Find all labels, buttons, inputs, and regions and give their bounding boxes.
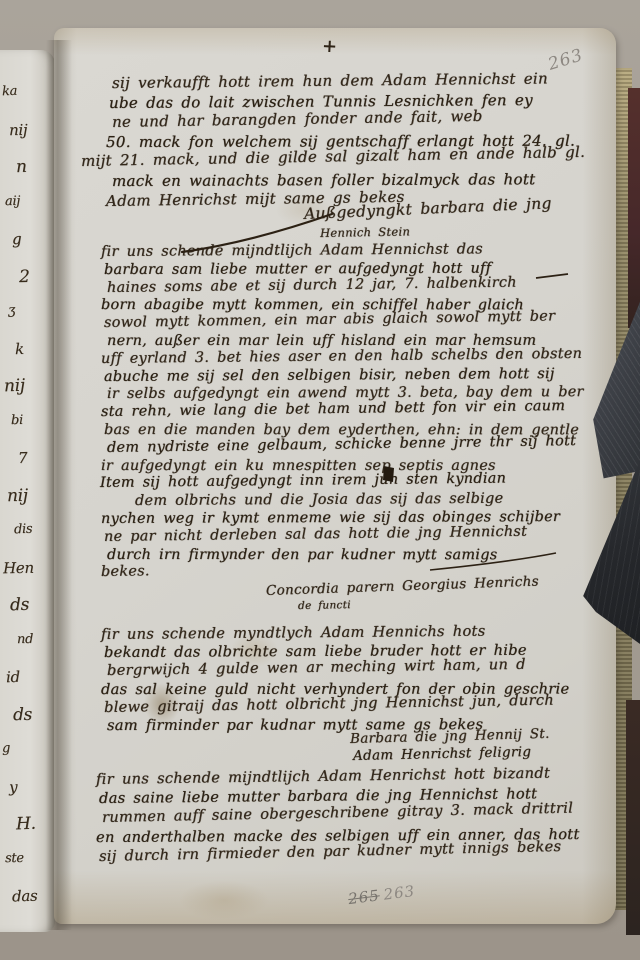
facing-page-text-fragment: 2: [19, 266, 30, 286]
manuscript-line: dem olbrichs und die Josia das sij das s…: [135, 490, 616, 511]
facing-page-text-fragment: Hen: [3, 558, 34, 577]
facing-page-text-fragment: aij: [5, 193, 20, 208]
facing-page-text-fragment: das: [12, 887, 38, 906]
page-gutter-shadow: [46, 40, 72, 930]
facing-page-text-fragment: g: [2, 741, 11, 756]
manuscript-line: fir uns schende myndtlych Adam Hennichs …: [101, 622, 570, 644]
text-block1: sij verkaufft hott irem hun dem Adam Hen…: [108, 74, 612, 211]
text-sig1: Concordia parern Georgius Henrichs: [268, 584, 541, 599]
manuscript-line: Hennich Stein: [320, 225, 410, 239]
facing-page-text-fragment: nij: [9, 120, 28, 138]
photo-background: kanijnaijg2ʒknijbi7nijdisHendsndiddsgyH.…: [0, 0, 640, 960]
facing-page-text-fragment: 7: [18, 449, 28, 467]
manuscript-page: + sij verkaufft hott irem hun dem Adam H…: [54, 28, 616, 924]
text-block2: fir uns schende mijndtlijch Adam Hennich…: [103, 244, 584, 582]
text-sig2: Barbara die jng Hennij St.Adam Henrichst…: [352, 731, 552, 764]
manuscript-line: abuche me sij sel den selbigen bisir, ne…: [104, 365, 585, 386]
facing-page-text-fragment: y: [9, 777, 18, 795]
manuscript-line: fir uns schende mijndtlijch Adam Hennich…: [101, 241, 582, 262]
book-cover-edge-bottom: [626, 700, 640, 935]
facing-page-text-fragment: H.: [16, 814, 36, 835]
text-heading: Außgedyngkt barbara die jng: [306, 206, 554, 223]
folio-number-bottom: 265263: [347, 882, 416, 908]
facing-page-text-fragment: k: [15, 339, 24, 357]
manuscript-line: sij verkaufft hott irem hun dem Adam Hen…: [112, 69, 616, 94]
facing-page-text-fragment: dis: [14, 522, 33, 538]
facing-page-text-fragment: ds: [13, 704, 32, 724]
book-cover-edge-top: [628, 88, 640, 328]
text-block3: fir uns schende myndtlych Adam Hennichs …: [103, 626, 571, 735]
facing-page-text-fragment: ʒ: [8, 303, 16, 318]
facing-page-text-fragment: id: [6, 668, 20, 686]
text-heading2: Hennich Stein: [322, 227, 412, 239]
facing-page-text-fragment: ds: [10, 595, 30, 616]
folio-number-corrected: 263: [383, 882, 417, 904]
facing-page-text-fragment: nij: [4, 376, 25, 397]
facing-page-text-fragment: ste: [5, 850, 24, 865]
facing-page-text-fragment: g: [12, 230, 22, 248]
folio-number-old-struck: 265: [347, 886, 381, 908]
facing-page-text-fragment: bi: [11, 412, 23, 427]
facing-page-text-fragment: nd: [17, 631, 33, 646]
text-sig1b: de functi: [300, 600, 353, 612]
facing-page-text-fragment: nij: [7, 485, 28, 505]
invocation-cross-mark: +: [321, 36, 337, 58]
manuscript-line: de functi: [298, 599, 351, 612]
text-block4: fir uns schende mijndtlijch Adam Henrich…: [98, 770, 582, 866]
facing-page-text-fragment: ka: [2, 84, 18, 100]
facing-page-text-fragment: n: [16, 157, 27, 177]
